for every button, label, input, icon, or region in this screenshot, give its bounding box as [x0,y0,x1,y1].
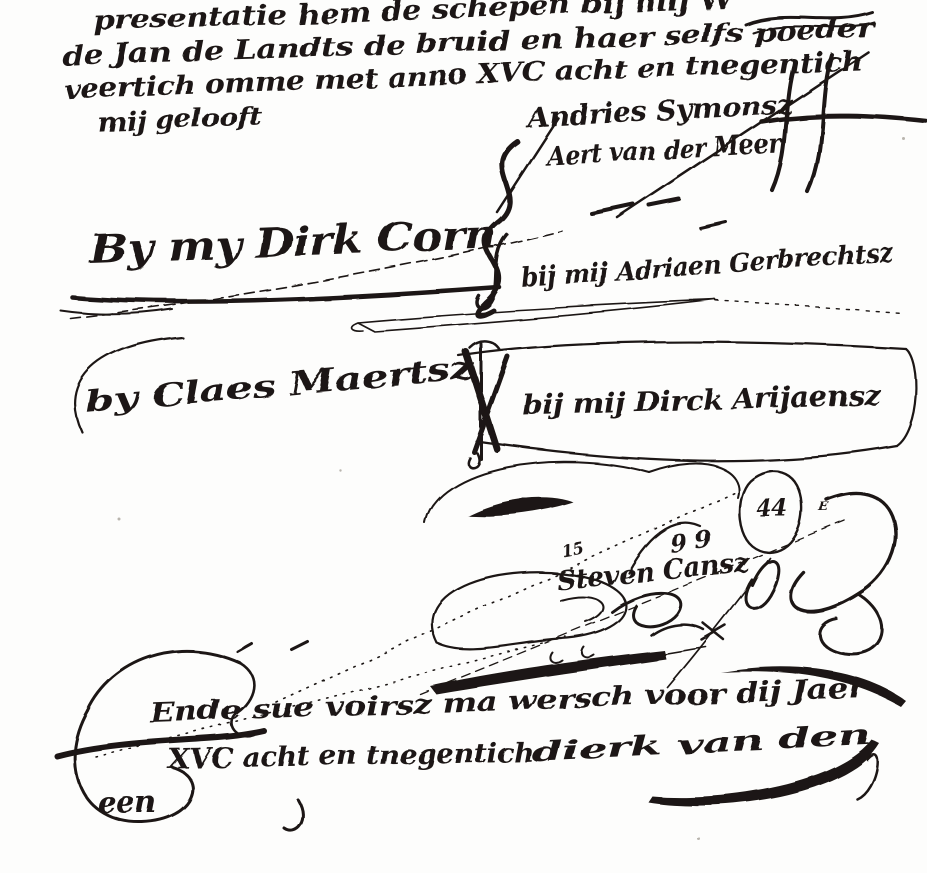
top-line-4: mij gelooft [97,102,263,138]
paper-speck [904,139,907,142]
bottom-line-2: XVC acht en tnegentich [165,738,534,775]
paper-speck [339,469,341,471]
bottom-line-4: een [98,786,157,821]
manuscript-scan: presentatie hem de schepen bij mij W de … [0,0,927,873]
year-prefix: 15 [560,538,585,560]
paper-speck [699,839,702,842]
margin-mark: E [818,500,830,515]
paper-speck [119,519,122,522]
folio-number: 44 [757,496,788,523]
manuscript-svg: presentatie hem de schepen bij mij W de … [0,0,927,873]
